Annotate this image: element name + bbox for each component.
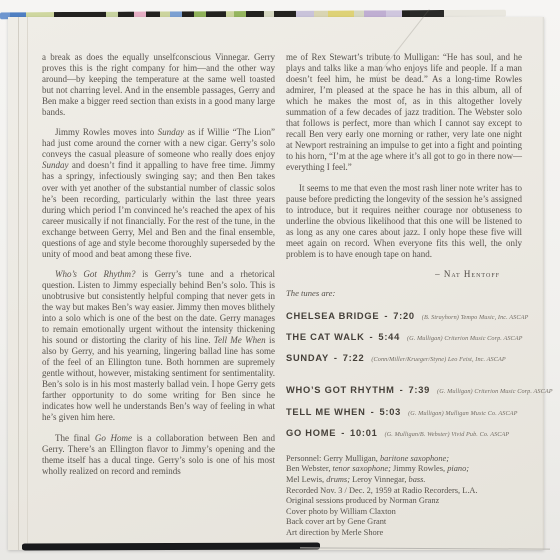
track-separator: - bbox=[400, 385, 404, 395]
track-publishing-credit: (G. Mulligan) Mulligan Music Co. ASCAP bbox=[408, 410, 517, 417]
credit-line: Recorded Nov. 3 / Dec. 2, 1959 at Radio … bbox=[286, 486, 522, 497]
liner-notes-paragraph: Who’s Got Rhythm? is Gerry’s tune and a … bbox=[42, 269, 275, 424]
track-title: THE CAT WALK bbox=[286, 332, 365, 342]
track-list-heading: The tunes are: bbox=[286, 288, 522, 298]
liner-notes-paragraph: The final Go Home is a collaboration bet… bbox=[42, 433, 275, 477]
track-publishing-credit: (Conn/Miller/Krueger/Styne) Leo Feist, I… bbox=[371, 356, 505, 363]
track-publishing-credit: (G. Mulligan/B. Webster) Vivid Pub. Co. … bbox=[385, 431, 510, 438]
liner-notes-paragraph: Jimmy Rowles moves into Sunday as if Wil… bbox=[42, 127, 275, 260]
credit-line: Ben Webster, tenor saxophone; Jimmy Rowl… bbox=[286, 464, 522, 475]
credit-line: Original sessions produced by Norman Gra… bbox=[286, 496, 522, 507]
track-duration: 10:01 bbox=[350, 428, 378, 438]
track-listing-item: THE CAT WALK - 5:44 (G. Mulligan) Criter… bbox=[286, 327, 522, 345]
liner-notes-right-column: me of Rex Stewart’s tribute to Mulligan:… bbox=[286, 52, 522, 539]
liner-notes-left-column: a break as does the equally unselfconsci… bbox=[42, 52, 275, 486]
track-list-side-gap bbox=[286, 369, 522, 380]
track-title: GO HOME bbox=[286, 428, 336, 438]
track-title: CHELSEA BRIDGE bbox=[286, 311, 379, 321]
track-duration: 7:39 bbox=[408, 385, 430, 395]
liner-notes-paragraph: It seems to me that even the most rash l… bbox=[286, 183, 522, 260]
track-separator: - bbox=[341, 428, 345, 438]
liner-notes-paragraph: me of Rex Stewart’s tribute to Mulligan:… bbox=[286, 52, 522, 174]
credit-line: Art direction by Merle Shore bbox=[286, 528, 522, 539]
track-listing-item: WHO’S GOT RHYTHM - 7:39 (G. Mulligan) Cr… bbox=[286, 380, 522, 398]
track-listing-item: CHELSEA BRIDGE - 7:20 (B. Strayhorn) Tem… bbox=[286, 306, 522, 324]
track-separator: - bbox=[384, 311, 388, 321]
spine-crease-line bbox=[27, 17, 28, 550]
credit-line: Back cover art by Gene Grant bbox=[286, 517, 522, 528]
album-back-cover-photo: { "colors": { "paper": "#ebe8e1", "backd… bbox=[0, 0, 560, 560]
track-separator: - bbox=[370, 332, 374, 342]
track-title: TELL ME WHEN bbox=[286, 407, 366, 417]
author-signature: – Nat Hentoff bbox=[286, 269, 522, 279]
track-duration: 5:44 bbox=[378, 332, 400, 342]
liner-notes-paragraph: a break as does the equally unselfconsci… bbox=[42, 52, 275, 118]
spine-crease-line bbox=[18, 17, 19, 550]
track-separator: - bbox=[334, 353, 338, 363]
track-duration: 5:03 bbox=[379, 407, 401, 417]
record-edge-shadow bbox=[22, 542, 320, 550]
track-title: SUNDAY bbox=[286, 353, 329, 363]
credit-line: Personnel: Gerry Mulligan, baritone saxo… bbox=[286, 454, 522, 465]
credit-line: Cover photo by William Claxton bbox=[286, 507, 522, 518]
personnel-and-production-credits: Personnel: Gerry Mulligan, baritone saxo… bbox=[286, 454, 522, 539]
cover-right-edge bbox=[542, 17, 544, 550]
track-publishing-credit: (G. Mulligan) Criterion Music Corp. ASCA… bbox=[437, 388, 553, 395]
track-publishing-credit: (G. Mulligan) Criterion Music Corp. ASCA… bbox=[407, 335, 523, 342]
track-listing-item: SUNDAY - 7:22 (Conn/Miller/Krueger/Styne… bbox=[286, 348, 522, 366]
track-publishing-credit: (B. Strayhorn) Tempo Music, Inc. ASCAP bbox=[422, 314, 529, 321]
track-title: WHO’S GOT RHYTHM bbox=[286, 385, 395, 395]
track-duration: 7:22 bbox=[343, 353, 365, 363]
credit-line: Mel Lewis, drums; Leroy Vinnegar, bass. bbox=[286, 475, 522, 486]
track-duration: 7:20 bbox=[393, 311, 415, 321]
track-listing-item: TELL ME WHEN - 5:03 (G. Mulligan) Mullig… bbox=[286, 402, 522, 420]
track-separator: - bbox=[371, 407, 375, 417]
track-listing-item: GO HOME - 10:01 (G. Mulligan/B. Webster)… bbox=[286, 423, 522, 441]
